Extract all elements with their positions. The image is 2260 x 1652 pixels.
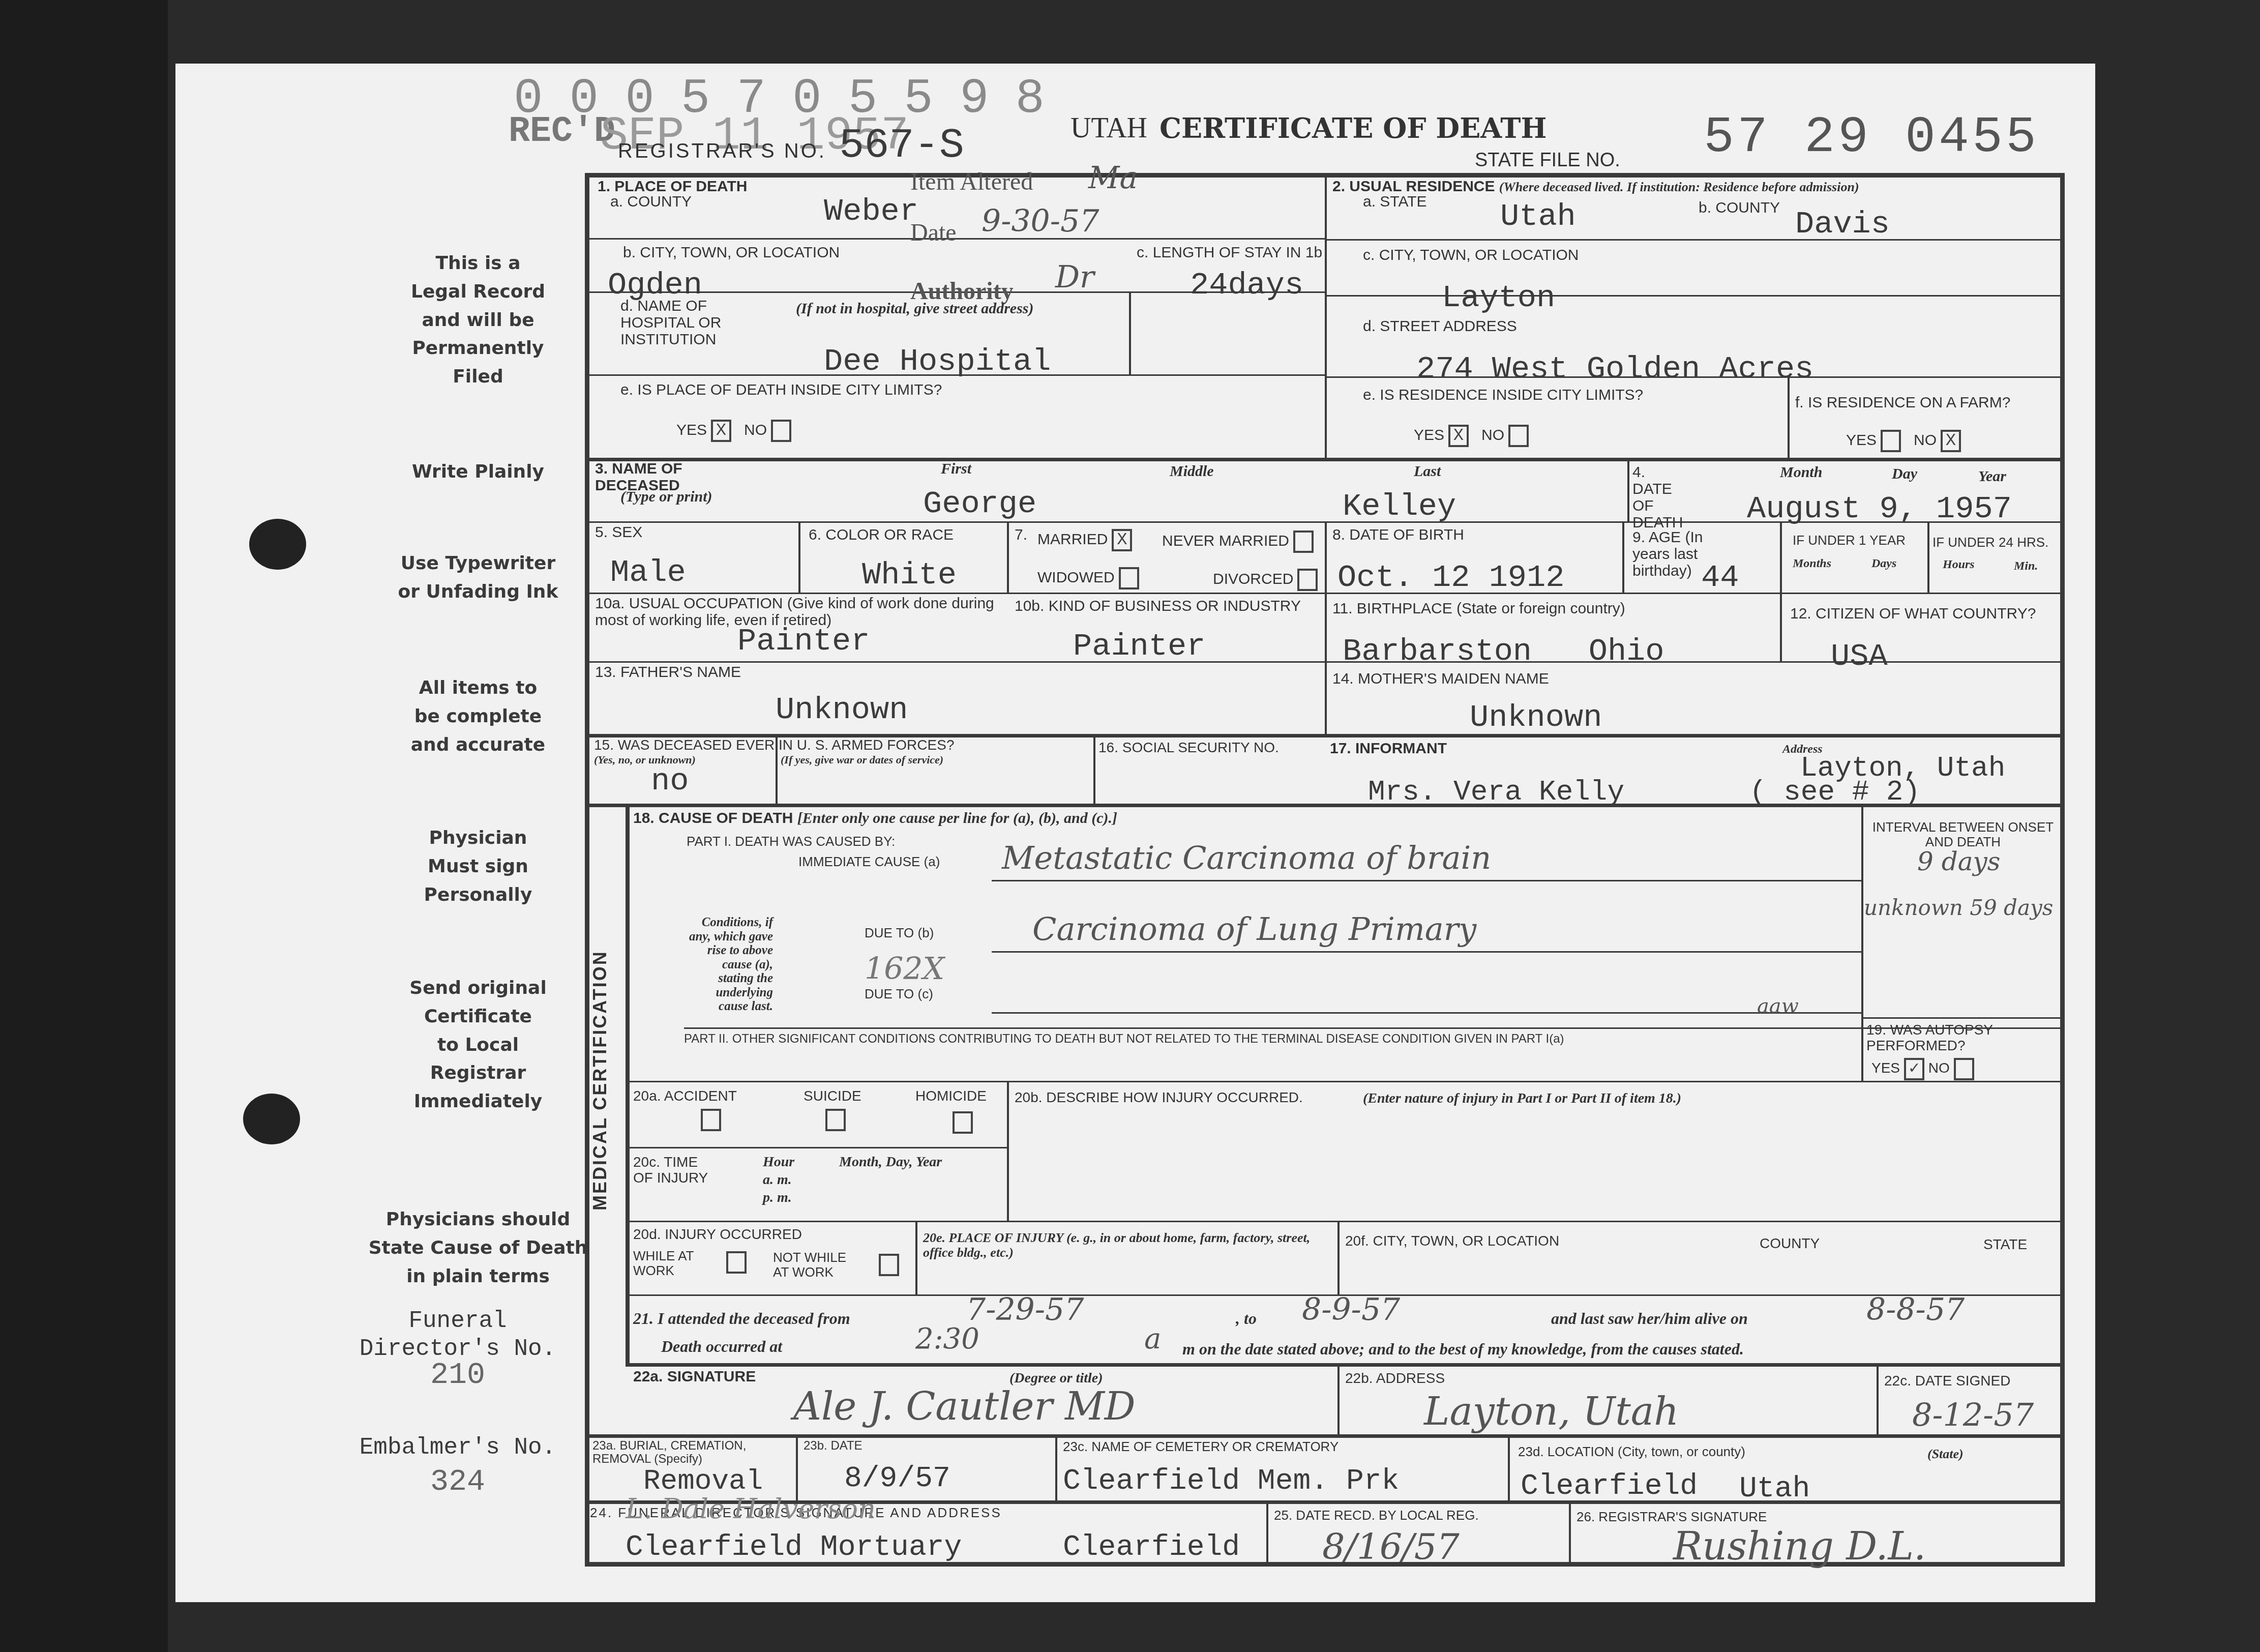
- city-label: b. CITY, TOWN, OR LOCATION: [623, 244, 840, 261]
- armed-forces-label: 15. WAS DECEASED EVER IN U. S. ARMED FOR…: [594, 737, 954, 753]
- page-title: CERTIFICATE OF DEATH: [1159, 112, 1547, 144]
- occupation-value[interactable]: Painter: [737, 623, 870, 659]
- mother-label: 14. MOTHER'S MAIDEN NAME: [1332, 670, 1549, 687]
- burial-date[interactable]: 8/9/57: [844, 1462, 950, 1495]
- item-altered-value: Ma: [1088, 160, 1138, 196]
- margin-note-legal: This is a Legal Record and will be Perma…: [386, 249, 570, 391]
- margin-note-typewriter: Use Typewriter or Unfading Ink: [376, 549, 580, 606]
- death-time[interactable]: 2:30: [915, 1322, 979, 1355]
- married-checkbox[interactable]: X: [1112, 529, 1132, 551]
- sex-label: 5. SEX: [595, 524, 642, 541]
- informant-name[interactable]: Mrs. Vera Kelly: [1368, 776, 1624, 808]
- informant-note: ( see # 2): [1749, 776, 1920, 808]
- date-signed-label: 22c. DATE SIGNED: [1884, 1373, 2010, 1389]
- no-label: NO: [1481, 427, 1504, 444]
- residence-header: 2. USUAL RESIDENCE: [1332, 178, 1495, 195]
- autopsy-yes-checkbox[interactable]: ✓: [1904, 1058, 1924, 1080]
- last-name[interactable]: Kelley: [1343, 488, 1456, 524]
- residence-county[interactable]: Davis: [1795, 206, 1890, 242]
- physician-signature[interactable]: Ale J. Cautler MD: [793, 1383, 1136, 1429]
- date-of-death-label: 4. DATE OF DEATH: [1632, 464, 1678, 531]
- days-label: Days: [1871, 557, 1896, 570]
- injury-state-label: STATE: [1983, 1237, 2027, 1253]
- birth-date-label: 8. DATE OF BIRTH: [1332, 526, 1464, 543]
- cause-header: 18. CAUSE OF DEATH: [633, 810, 793, 827]
- sex-value[interactable]: Male: [610, 554, 686, 591]
- mother-name[interactable]: Unknown: [1470, 699, 1602, 735]
- conditions-label: Conditions, if any, which gave rise to a…: [687, 916, 773, 1014]
- death-inside-limits-no-checkbox[interactable]: [771, 420, 791, 442]
- injury-occurred-label: 20d. INJURY OCCURRED: [633, 1227, 802, 1243]
- time-of-injury-label: 20c. TIME OF INJURY: [633, 1155, 709, 1186]
- margin-note-physician: Physician Must sign Personally: [386, 824, 570, 909]
- registrar-signature[interactable]: Rushing D.L.: [1673, 1523, 1926, 1569]
- residence-street[interactable]: 274 West Golden Acres: [1416, 351, 1813, 387]
- authority-value: Dr: [1055, 259, 1094, 295]
- death-am-pm[interactable]: a: [1144, 1322, 1161, 1355]
- race-label: 6. COLOR OR RACE: [809, 526, 954, 543]
- res-inside-limits-label: e. IS RESIDENCE INSIDE CITY LIMITS?: [1363, 387, 1643, 403]
- punch-hole-bottom: [243, 1094, 300, 1144]
- yes-label: YES: [1871, 1060, 1900, 1076]
- never-married-checkbox[interactable]: [1293, 530, 1314, 553]
- last-saw-label: and last saw her/him alive on: [1551, 1310, 1748, 1327]
- pm-label: p. m.: [763, 1190, 792, 1206]
- day-label: Day: [1892, 465, 1917, 482]
- attended-to[interactable]: 8-9-57: [1302, 1292, 1400, 1327]
- res-city-label: c. CITY, TOWN, OR LOCATION: [1363, 247, 1579, 263]
- part-1-label: PART I. DEATH WAS CAUSED BY:: [687, 834, 895, 849]
- last-saw-alive[interactable]: 8-8-57: [1866, 1292, 1965, 1327]
- birth-date[interactable]: Oct. 12 1912: [1337, 559, 1564, 596]
- describe-injury-label: 20b. DESCRIBE HOW INJURY OCCURRED.: [1015, 1090, 1303, 1106]
- burial-state[interactable]: Utah: [1739, 1472, 1810, 1506]
- state-file-label: STATE FILE NO.: [1475, 150, 1620, 171]
- medical-certification-label: MEDICAL CERTIFICATION: [590, 950, 610, 1211]
- interval-a[interactable]: 9 days: [1917, 847, 2000, 876]
- industry-label: 10b. KIND OF BUSINESS OR INDUSTRY: [1015, 598, 1301, 614]
- father-label: 13. FATHER'S NAME: [595, 664, 741, 681]
- citizen-label: 12. CITIZEN OF WHAT COUNTRY?: [1790, 605, 2036, 622]
- burial-location-label: 23d. LOCATION (City, town, or county): [1518, 1444, 1745, 1459]
- length-of-stay[interactable]: 24days: [1190, 267, 1303, 303]
- funeral-home-address[interactable]: Clearfield: [1063, 1531, 1240, 1564]
- while-at-work-label: WHILE AT WORK: [633, 1249, 715, 1278]
- first-name[interactable]: George: [923, 486, 1036, 522]
- residence-city[interactable]: Layton: [1442, 280, 1555, 316]
- residence-inside-limits-yes-checkbox[interactable]: X: [1448, 425, 1469, 447]
- res-county-label: b. COUNTY: [1699, 199, 1780, 216]
- describe-injury-hint: (Enter nature of injury in Part I or Par…: [1363, 1091, 1681, 1107]
- margin-note-complete: All items to be complete and accurate: [386, 674, 570, 759]
- res-state-label: a. STATE: [1363, 193, 1427, 210]
- stay-label: c. LENGTH OF STAY IN 1b: [1137, 244, 1322, 261]
- part-2-label: PART II. OTHER SIGNIFICANT CONDITIONS CO…: [684, 1032, 1564, 1046]
- widowed-checkbox[interactable]: [1119, 567, 1139, 589]
- residence-inside-limits-no-checkbox[interactable]: [1508, 425, 1529, 447]
- margin-note-plain-terms: Physicians should State Cause of Death i…: [366, 1205, 590, 1290]
- month-label: Month: [1780, 464, 1822, 481]
- widowed-label: WIDOWED: [1037, 569, 1115, 586]
- year-label: Year: [1978, 468, 2006, 485]
- funeral-director-signature: L. Dale Halverson: [626, 1493, 876, 1525]
- death-inside-limits-yes-checkbox[interactable]: X: [711, 420, 731, 442]
- margin-note-write-plainly: Write Plainly: [386, 458, 570, 486]
- hospital-name[interactable]: Dee Hospital: [824, 343, 1051, 379]
- last-name-label: Last: [1414, 463, 1441, 480]
- due-to-c-label: DUE TO (c): [865, 987, 933, 1001]
- accident-checkbox[interactable]: [701, 1109, 721, 1131]
- middle-name-label: Middle: [1170, 463, 1214, 480]
- place-of-death-header: 1. PLACE OF DEATH: [598, 178, 747, 195]
- homicide-label: HOMICIDE: [915, 1088, 987, 1104]
- months-label: Months: [1793, 557, 1831, 570]
- father-name[interactable]: Unknown: [776, 692, 908, 728]
- signature-label: 22a. SIGNATURE: [633, 1368, 756, 1385]
- attended-from[interactable]: 7-29-57: [966, 1292, 1084, 1327]
- not-while-at-work-label: NOT WHILE AT WORK: [773, 1250, 865, 1279]
- birthplace-label: 11. BIRTHPLACE (State or foreign country…: [1332, 600, 1625, 617]
- injury-city-label: 20f. CITY, TOWN, OR LOCATION: [1345, 1233, 1559, 1249]
- title-prefix: UTAH: [1070, 112, 1147, 144]
- mdy-label: Month, Day, Year: [839, 1155, 942, 1170]
- embalmer-no: 324: [356, 1465, 559, 1499]
- homicide-checkbox[interactable]: [953, 1111, 973, 1134]
- autopsy-no-checkbox[interactable]: [1954, 1058, 1974, 1080]
- yes-label: YES: [1414, 427, 1444, 444]
- race-value[interactable]: White: [862, 557, 957, 593]
- farm-no-checkbox[interactable]: X: [1941, 430, 1961, 452]
- yes-label: YES: [676, 422, 707, 438]
- date-of-death[interactable]: August 9, 1957: [1747, 491, 2012, 527]
- first-name-label: First: [941, 460, 971, 477]
- farm-yes-checkbox[interactable]: [1881, 430, 1901, 452]
- interval-label: INTERVAL BETWEEN ONSET AND DEATH: [1871, 820, 2055, 849]
- funeral-director-no: 210: [356, 1358, 559, 1393]
- no-label: NO: [744, 422, 767, 438]
- alteration-date: 9-30-57: [982, 203, 1099, 239]
- armed-forces-value[interactable]: no: [651, 763, 689, 799]
- divorced-label: DIVORCED: [1213, 571, 1293, 587]
- death-county[interactable]: Weber: [824, 193, 918, 229]
- divorced-checkbox[interactable]: [1297, 569, 1318, 591]
- physician-address-label: 22b. ADDRESS: [1345, 1371, 1445, 1386]
- deceased-name-hint: (Type or print): [620, 488, 712, 505]
- am-label: a. m.: [763, 1172, 792, 1188]
- cause-hint: [Enter only one cause per line for (a), …: [797, 810, 1117, 827]
- under-1-year-label: IF UNDER 1 YEAR: [1793, 533, 1906, 548]
- date-signed[interactable]: 8-12-57: [1912, 1396, 2034, 1433]
- age-value[interactable]: 44: [1701, 559, 1739, 596]
- punch-hole-top: [249, 519, 306, 570]
- immediate-cause-label: IMMEDIATE CAUSE (a): [798, 854, 940, 869]
- no-label: NO: [1914, 432, 1937, 449]
- while-at-work-checkbox[interactable]: [726, 1251, 747, 1274]
- married-label: MARRIED: [1037, 531, 1108, 548]
- min-label: Min.: [2014, 559, 2038, 573]
- res-street-label: d. STREET ADDRESS: [1363, 318, 1517, 335]
- informant-label: 17. INFORMANT: [1330, 740, 1447, 757]
- embalmer-no-label: Embalmer's No.: [356, 1434, 559, 1461]
- burial-location[interactable]: Clearfield: [1521, 1470, 1698, 1503]
- residence-hint: (Where deceased lived. If institution: R…: [1499, 180, 1859, 194]
- hospital-label: d. NAME OF HOSPITAL OR INSTITUTION: [620, 298, 722, 348]
- place-of-injury-label: 20e. PLACE OF INJURY (e. g., in or about…: [923, 1231, 1330, 1260]
- attended-from-label: 21. I attended the deceased from: [633, 1310, 850, 1327]
- interval-b[interactable]: unknown 59 days: [1864, 895, 2057, 920]
- county-label: a. COUNTY: [610, 193, 692, 210]
- registrar-no: 567-S: [839, 122, 964, 169]
- death-occurred-label: Death occurred at: [661, 1338, 782, 1355]
- funeral-director-no-label: Funeral Director's No.: [356, 1307, 559, 1363]
- scanner-backdrop: [0, 0, 168, 1652]
- initials-mark: aaw: [1757, 994, 1799, 1018]
- immediate-cause[interactable]: Metastatic Carcinoma of brain: [1002, 839, 1491, 876]
- local-reg-date-label: 25. DATE RECD. BY LOCAL REG.: [1274, 1508, 1479, 1523]
- under-24-hrs-label: IF UNDER 24 HRS.: [1932, 535, 2048, 550]
- margin-note-send: Send original Certificate to Local Regis…: [386, 974, 570, 1116]
- burial-state-label: (State): [1927, 1447, 1964, 1462]
- farm-label: f. IS RESIDENCE ON A FARM?: [1795, 394, 2010, 411]
- local-reg-date[interactable]: 8/16/57: [1322, 1526, 1460, 1568]
- burial-date-label: 23b. DATE: [804, 1439, 863, 1453]
- item-altered-label: Item Altered: [910, 168, 1033, 196]
- suicide-label: SUICIDE: [804, 1088, 861, 1104]
- not-while-at-work-checkbox[interactable]: [879, 1254, 899, 1276]
- registrar-no-label: REGISTRAR'S NO.: [618, 140, 826, 162]
- accident-label: 20a. ACCIDENT: [633, 1088, 737, 1104]
- due-to-b[interactable]: Carcinoma of Lung Primary: [1032, 910, 1476, 948]
- cemetery-label: 23c. NAME OF CEMETERY OR CREMATORY: [1063, 1439, 1339, 1454]
- citizen-value[interactable]: USA: [1831, 638, 1888, 674]
- no-label: NO: [1928, 1060, 1950, 1076]
- burial-type-label: 23a. BURIAL, CREMATION, REMOVAL (Specify…: [592, 1439, 796, 1466]
- cause-code-mark: 162X: [865, 951, 944, 987]
- hours-label: Hours: [1943, 558, 1975, 571]
- registrar-signature-label: 26. REGISTRAR'S SIGNATURE: [1577, 1510, 1767, 1524]
- cemetery-name[interactable]: Clearfield Mem. Prk: [1063, 1465, 1399, 1498]
- death-occurred-tail: m on the date stated above; and to the b…: [1182, 1340, 1744, 1358]
- hour-label: Hour: [763, 1155, 794, 1170]
- injury-county-label: COUNTY: [1760, 1236, 1820, 1252]
- received-stamp: REC'D: [509, 112, 615, 152]
- hospital-hint: (If not in hospital, give street address…: [796, 300, 1034, 317]
- autopsy-label: 19. WAS AUTOPSY PERFORMED?: [1866, 1022, 2060, 1054]
- ssn-label: 16. SOCIAL SECURITY NO.: [1098, 740, 1279, 756]
- inside-limits-label: e. IS PLACE OF DEATH INSIDE CITY LIMITS?: [620, 381, 942, 398]
- suicide-checkbox[interactable]: [825, 1109, 846, 1131]
- state-file-no: 57 29 0455: [1704, 109, 2039, 167]
- marital-label: 7.: [1015, 526, 1027, 543]
- industry-value[interactable]: Painter: [1073, 628, 1205, 664]
- due-to-b-label: DUE TO (b): [865, 926, 934, 940]
- alteration-date-label: Date: [910, 219, 957, 247]
- birthplace-value[interactable]: Barbarston Ohio: [1343, 633, 1664, 669]
- yes-label: YES: [1846, 432, 1877, 449]
- residence-state[interactable]: Utah: [1500, 198, 1576, 234]
- funeral-home-name[interactable]: Clearfield Mortuary: [626, 1531, 962, 1564]
- attended-to-label: , to: [1236, 1310, 1257, 1327]
- armed-forces-sub2: (If yes, give war or dates of service): [781, 754, 943, 766]
- never-married-label: NEVER MARRIED: [1162, 533, 1289, 549]
- physician-address[interactable]: Layton, Utah: [1424, 1389, 1679, 1434]
